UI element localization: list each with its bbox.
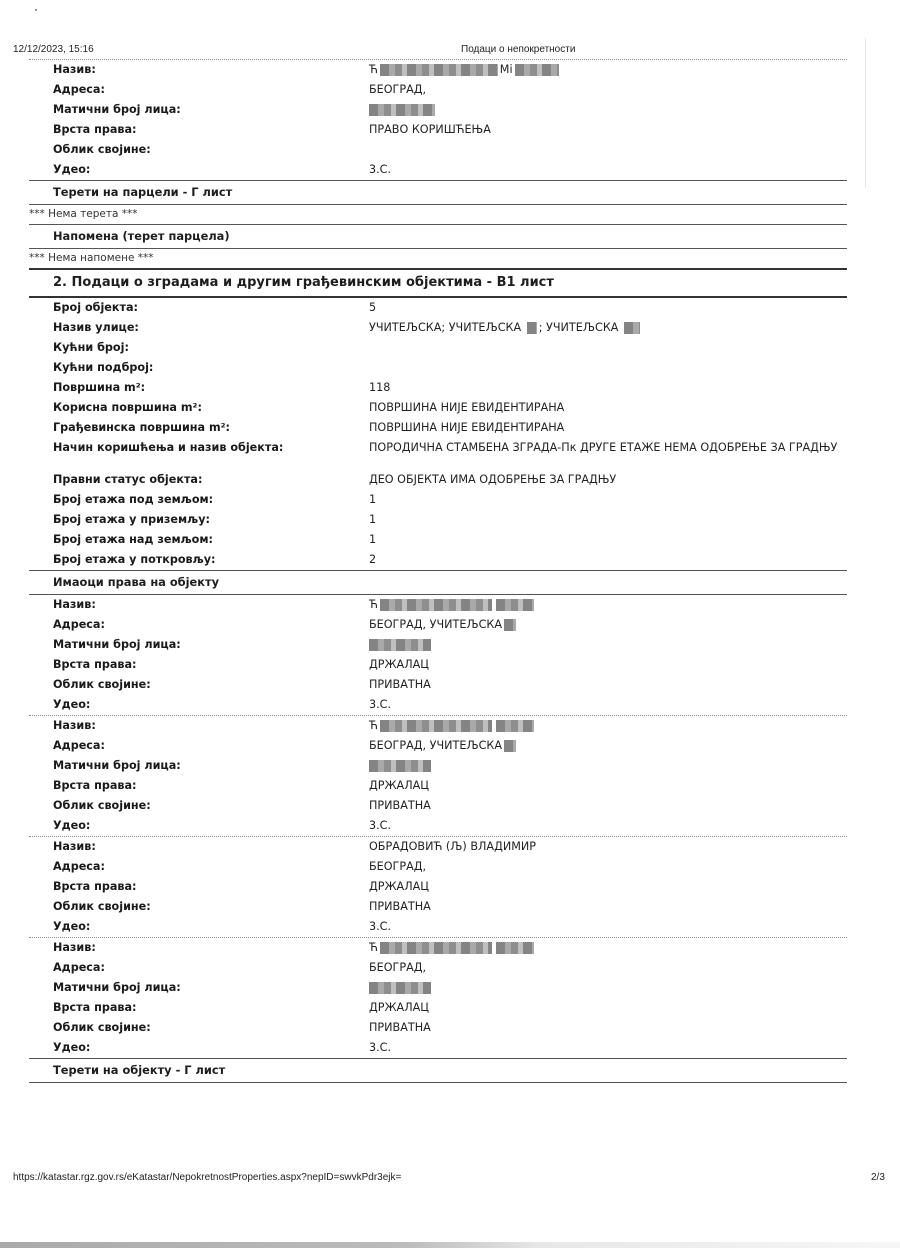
field-value: ДРЖАЛАЦ bbox=[369, 1001, 839, 1015]
redacted-block bbox=[515, 64, 559, 76]
redacted-block bbox=[380, 599, 492, 611]
field-value: ОБРАДОВИЋ (Љ) ВЛАДИМИР bbox=[369, 840, 839, 854]
field-label: Корисна површина m²: bbox=[53, 398, 202, 418]
field-row: Врста права:ДРЖАЛАЦ bbox=[29, 877, 847, 897]
field-label: Адреса: bbox=[53, 615, 105, 635]
field-row: Удео:3.С. bbox=[29, 695, 847, 715]
redacted-block bbox=[369, 104, 435, 116]
field-row: Адреса:БЕОГРАД, УЧИТЕЉСКА bbox=[29, 736, 847, 756]
field-label: Адреса: bbox=[53, 857, 105, 877]
field-value: 3.С. bbox=[369, 163, 839, 177]
field-row: Адреса: БЕОГРАД, bbox=[29, 80, 847, 100]
field-row: Број етажа у приземљу:1 bbox=[29, 510, 847, 530]
field-label: Број етажа у приземљу: bbox=[53, 510, 210, 530]
field-row: Правни статус објекта:ДЕО ОБЈЕКТА ИМА ОД… bbox=[29, 470, 847, 490]
scan-shadow bbox=[0, 1242, 900, 1248]
field-label: Назив: bbox=[53, 716, 96, 736]
field-value bbox=[369, 103, 839, 117]
field-row: Назив:ОБРАДОВИЋ (Љ) ВЛАДИМИР bbox=[29, 837, 847, 857]
section-title-rights-holders: Имаоци права на објекту bbox=[29, 571, 847, 594]
print-title: Подаци о непокретности bbox=[461, 44, 575, 55]
scan-speck bbox=[35, 9, 37, 11]
field-value: Ћ bbox=[369, 941, 839, 955]
redacted-block bbox=[380, 720, 492, 732]
field-value: 1 bbox=[369, 533, 839, 547]
section-title-object-encumbrances: Терети на објекту - Г лист bbox=[29, 1059, 847, 1082]
field-label: Удео: bbox=[53, 816, 90, 836]
rights-holder: Назив:ОБРАДОВИЋ (Љ) ВЛАДИМИРАдреса:БЕОГР… bbox=[29, 837, 847, 937]
field-row: Број етажа под земљом:1 bbox=[29, 490, 847, 510]
field-value bbox=[369, 759, 839, 773]
field-value: ПРИВАТНА bbox=[369, 799, 839, 813]
field-label: Врста права: bbox=[53, 877, 137, 897]
field-row: Адреса:БЕОГРАД, bbox=[29, 857, 847, 877]
field-value: БЕОГРАД, УЧИТЕЉСКА bbox=[369, 739, 839, 753]
field-value: ПРИВАТНА bbox=[369, 678, 839, 692]
field-row: Кућни подброј: bbox=[29, 358, 847, 378]
redacted-block bbox=[496, 942, 534, 954]
field-row: Површина m²:118 bbox=[29, 378, 847, 398]
section-title-parcel-encumbrances: Терети на парцели - Г лист bbox=[29, 181, 847, 204]
field-label: Матични број лица: bbox=[53, 635, 181, 655]
field-value: 118 bbox=[369, 381, 839, 395]
field-row: Врста права:ДРЖАЛАЦ bbox=[29, 998, 847, 1018]
field-label: Удео: bbox=[53, 695, 90, 715]
field-label: Облик својине: bbox=[53, 1018, 151, 1038]
field-row: Број објекта:5 bbox=[29, 298, 847, 318]
field-row: Начин коришћења и назив објекта:ПОРОДИЧН… bbox=[29, 438, 847, 470]
field-row: Удео:3.С. bbox=[29, 816, 847, 836]
field-label: Кућни подброј: bbox=[53, 358, 153, 378]
field-label: Назив: bbox=[53, 938, 96, 958]
field-label: Врста права: bbox=[53, 120, 137, 140]
document-body: Назив: ЋMi Адреса: БЕОГРАД, Матични број… bbox=[29, 59, 847, 1083]
field-value: ПРИВАТНА bbox=[369, 1021, 839, 1035]
field-row: Број етажа у поткровљу:2 bbox=[29, 550, 847, 570]
parcel-remark-note: *** Нема напомене *** bbox=[29, 249, 847, 268]
field-row: Матични број лица: bbox=[29, 756, 847, 776]
field-label: Матични број лица: bbox=[53, 100, 181, 120]
redacted-block bbox=[369, 760, 431, 772]
redacted-block bbox=[496, 599, 534, 611]
print-header: 12/12/2023, 15:16 Подаци о непокретности bbox=[13, 44, 900, 58]
parcel-encumbrances-note: *** Нема терета *** bbox=[29, 205, 847, 224]
field-row: Назив: ЋMi bbox=[29, 60, 847, 80]
field-value: 1 bbox=[369, 513, 839, 527]
field-label: Број етажа под земљом: bbox=[53, 490, 213, 510]
building-fields: Број објекта:5Назив улице:УЧИТЕЉСКА; УЧИ… bbox=[29, 298, 847, 570]
field-value: 1 bbox=[369, 493, 839, 507]
rights-holder: Назив:ЋАдреса:БЕОГРАД, УЧИТЕЉСКАМатични … bbox=[29, 595, 847, 715]
field-row: Матични број лица: bbox=[29, 635, 847, 655]
redacted-block bbox=[504, 740, 516, 752]
print-url: https://katastar.rgz.gov.rs/eKatastar/Ne… bbox=[13, 1172, 401, 1183]
field-value: БЕОГРАД, bbox=[369, 961, 839, 975]
field-label: Удео: bbox=[53, 1038, 90, 1058]
field-row: Облик својине:ПРИВАТНА bbox=[29, 897, 847, 917]
field-row: Адреса:БЕОГРАД, bbox=[29, 958, 847, 978]
field-value: ПОВРШИНА НИЈЕ ЕВИДЕНТИРАНА bbox=[369, 401, 839, 415]
field-label: Назив: bbox=[53, 595, 96, 615]
field-row: Кућни број: bbox=[29, 338, 847, 358]
redacted-block bbox=[624, 322, 640, 334]
field-value: 3.С. bbox=[369, 1041, 839, 1055]
field-value: ПОРОДИЧНА СТАМБЕНА ЗГРАДА-Пк ДРУГЕ ЕТАЖЕ… bbox=[369, 441, 839, 455]
field-label: Назив: bbox=[53, 837, 96, 857]
field-label: Број етажа над земљом: bbox=[53, 530, 213, 550]
field-row: Назив:Ћ bbox=[29, 938, 847, 958]
field-label: Матични број лица: bbox=[53, 978, 181, 998]
divider bbox=[29, 1082, 847, 1083]
print-date: 12/12/2023, 15:16 bbox=[13, 44, 94, 55]
field-value: Ћ bbox=[369, 598, 839, 612]
rights-holders-list: Назив:ЋАдреса:БЕОГРАД, УЧИТЕЉСКАМатични … bbox=[29, 595, 847, 1058]
field-value bbox=[369, 638, 839, 652]
field-row: Грађевинска површина m²:ПОВРШИНА НИЈЕ ЕВ… bbox=[29, 418, 847, 438]
field-label: Удео: bbox=[53, 917, 90, 937]
field-label: Облик својине: bbox=[53, 897, 151, 917]
field-label: Адреса: bbox=[53, 736, 105, 756]
field-row: Матични број лица: bbox=[29, 100, 847, 120]
field-row: Облик својине:ПРИВАТНА bbox=[29, 796, 847, 816]
field-label: Адреса: bbox=[53, 80, 105, 100]
rights-holder: Назив:ЋАдреса:БЕОГРАД,Матични број лица:… bbox=[29, 938, 847, 1058]
field-label: Грађевинска површина m²: bbox=[53, 418, 230, 438]
page-edge-line bbox=[865, 38, 866, 188]
redacted-block bbox=[527, 322, 537, 334]
field-row: Врста права: ПРАВО КОРИШЋЕЊА bbox=[29, 120, 847, 140]
field-label: Број етажа у поткровљу: bbox=[53, 550, 215, 570]
field-label: Матични број лица: bbox=[53, 756, 181, 776]
field-value: УЧИТЕЉСКА; УЧИТЕЉСКА ; УЧИТЕЉСКА bbox=[369, 321, 839, 335]
field-value: ПОВРШИНА НИЈЕ ЕВИДЕНТИРАНА bbox=[369, 421, 839, 435]
field-value: 3.С. bbox=[369, 698, 839, 712]
section-title-parcel-remark: Напомена (терет парцела) bbox=[29, 225, 847, 248]
redacted-block bbox=[496, 720, 534, 732]
redacted-block bbox=[380, 942, 492, 954]
field-row: Облик својине: bbox=[29, 140, 847, 160]
field-label: Облик својине: bbox=[53, 140, 151, 160]
field-label: Врста права: bbox=[53, 776, 137, 796]
field-row: Број етажа над земљом:1 bbox=[29, 530, 847, 550]
field-row: Назив:Ћ bbox=[29, 595, 847, 615]
field-row: Удео:3.С. bbox=[29, 917, 847, 937]
field-value: 2 bbox=[369, 553, 839, 567]
field-row: Матични број лица: bbox=[29, 978, 847, 998]
field-label: Удео: bbox=[53, 160, 90, 180]
field-row: Облик својине:ПРИВАТНА bbox=[29, 1018, 847, 1038]
field-label: Назив улице: bbox=[53, 318, 139, 338]
field-value: ДРЖАЛАЦ bbox=[369, 880, 839, 894]
field-row: Облик својине:ПРИВАТНА bbox=[29, 675, 847, 695]
field-label: Кућни број: bbox=[53, 338, 129, 358]
field-label: Број објекта: bbox=[53, 298, 138, 318]
field-value: ДРЖАЛАЦ bbox=[369, 779, 839, 793]
field-value: БЕОГРАД, УЧИТЕЉСКА bbox=[369, 618, 839, 632]
field-row: Назив улице:УЧИТЕЉСКА; УЧИТЕЉСКА ; УЧИТЕ… bbox=[29, 318, 847, 338]
field-label: Правни статус објекта: bbox=[53, 470, 202, 490]
field-label: Начин коришћења и назив објекта: bbox=[53, 438, 283, 458]
field-label: Адреса: bbox=[53, 958, 105, 978]
rights-holder: Назив:ЋАдреса:БЕОГРАД, УЧИТЕЉСКАМатични … bbox=[29, 716, 847, 836]
redacted-block bbox=[504, 619, 516, 631]
field-value: ДРЖАЛАЦ bbox=[369, 658, 839, 672]
field-row: Врста права:ДРЖАЛАЦ bbox=[29, 655, 847, 675]
field-value: БЕОГРАД, bbox=[369, 83, 839, 97]
field-value: 3.С. bbox=[369, 920, 839, 934]
redacted-block bbox=[369, 639, 431, 651]
field-row: Корисна површина m²:ПОВРШИНА НИЈЕ ЕВИДЕН… bbox=[29, 398, 847, 418]
field-value: ПРАВО КОРИШЋЕЊА bbox=[369, 123, 839, 137]
field-value: 3.С. bbox=[369, 819, 839, 833]
field-value: 5 bbox=[369, 301, 839, 315]
field-label: Врста права: bbox=[53, 998, 137, 1018]
field-label: Облик својине: bbox=[53, 675, 151, 695]
parcel-owner-block: Назив: ЋMi Адреса: БЕОГРАД, Матични број… bbox=[29, 60, 847, 180]
section-title-buildings: 2. Подаци о зградама и другим грађевинск… bbox=[29, 270, 847, 296]
redacted-block bbox=[380, 64, 498, 76]
field-value: ПРИВАТНА bbox=[369, 900, 839, 914]
field-label: Врста права: bbox=[53, 655, 137, 675]
field-value bbox=[369, 981, 839, 995]
field-value: Ћ bbox=[369, 719, 839, 733]
field-value: БЕОГРАД, bbox=[369, 860, 839, 874]
field-label: Облик својине: bbox=[53, 796, 151, 816]
field-value: ЋMi bbox=[369, 63, 839, 77]
field-row: Удео:3.С. bbox=[29, 1038, 847, 1058]
field-row: Удео: 3.С. bbox=[29, 160, 847, 180]
field-row: Адреса:БЕОГРАД, УЧИТЕЉСКА bbox=[29, 615, 847, 635]
page-number: 2/3 bbox=[871, 1172, 885, 1183]
field-label: Назив: bbox=[53, 60, 96, 80]
field-label: Површина m²: bbox=[53, 378, 145, 398]
field-value: ДЕО ОБЈЕКТА ИМА ОДОБРЕЊЕ ЗА ГРАДЊУ bbox=[369, 473, 839, 487]
redacted-block bbox=[369, 982, 431, 994]
field-row: Врста права:ДРЖАЛАЦ bbox=[29, 776, 847, 796]
field-row: Назив:Ћ bbox=[29, 716, 847, 736]
